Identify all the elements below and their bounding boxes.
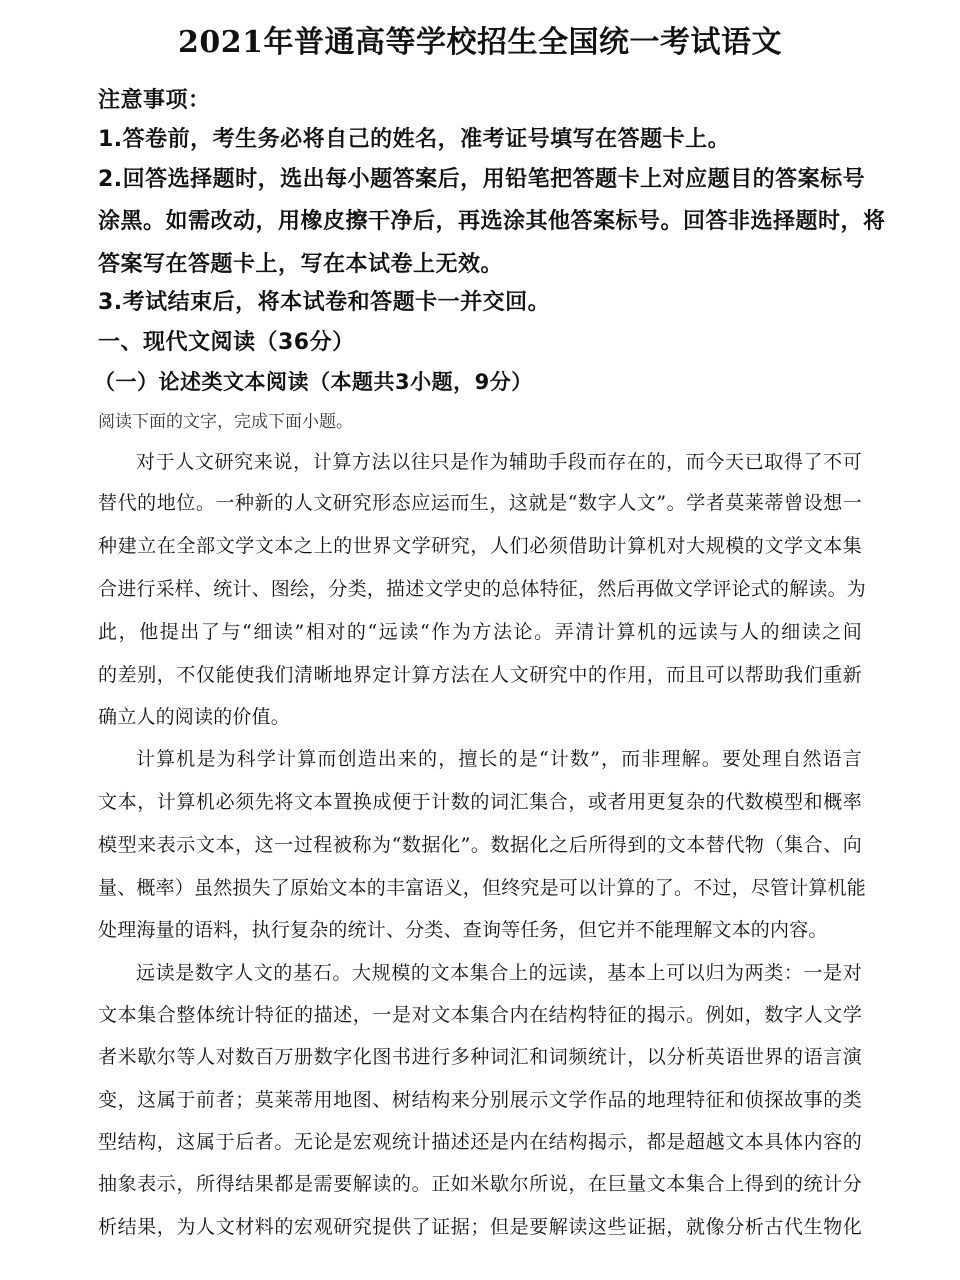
passage-line: 者米歇尔等人对数百万册数字化图书进行多种词汇和词频统计，以分析英语世界的语言演 xyxy=(98,1048,862,1067)
passage-line: 种建立在全部文学文本之上的世界文学研究，人们必须借助计算机对大规模的文学文本集 xyxy=(98,537,862,556)
passage-line: 型结构，这属于后者。无论是宏观统计描述还是内在结构揭示，都是超越文本具体内容的 xyxy=(98,1133,862,1152)
passage-line: 模型来表示文本，这一过程被称为“数据化”。数据化之后所得到的文本替代物（集合、向 xyxy=(98,836,862,855)
section-heading: 一、现代文阅读（36分） xyxy=(98,332,355,354)
passage-line: 析结果，为人文材料的宏观研究提供了证据；但是要解读这些证据，就像分析古代生物化 xyxy=(98,1218,862,1237)
subsection-heading: （一）论述类文本阅读（本题共3小题，9分） xyxy=(94,372,533,393)
reading-instruction: 阅读下面的文字，完成下面小题。 xyxy=(98,414,353,431)
notice-line: 1.答卷前，考生务必将自己的姓名，准考证号填写在答题卡上。 xyxy=(98,129,730,151)
passage-line: 文本，计算机必须先将文本置换成便于计数的词汇集合，或者用更复杂的代数模型和概率 xyxy=(98,793,862,812)
passage-line: 的差别，不仅能使我们清晰地界定计算方法在人文研究中的作用，而且可以帮助我们重新 xyxy=(98,666,862,685)
passage-line: 对于人文研究来说，计算方法以往只是作为辅助手段而存在的，而今天已取得了不可 xyxy=(136,453,862,472)
passage-line: 处理海量的语料，执行复杂的统计、分类、查询等任务，但它并不能理解文本的内容。 xyxy=(98,921,862,940)
passage-line: 文本集合整体统计特征的描述，一是对文本集合内在结构特征的揭示。例如，数字人文学 xyxy=(98,1006,862,1025)
notice-line: 答案写在答题卡上，写在本试卷上无效。 xyxy=(98,254,503,276)
notice-heading: 注意事项： xyxy=(98,90,211,112)
notice-line: 涂黑。如需改动，用橡皮擦干净后，再选涂其他答案标号。回答非选择题时，将 xyxy=(98,211,886,233)
notice-line: 2.回答选择题时，选出每小题答案后，用铅笔把答题卡上对应题目的答案标号 xyxy=(98,169,865,191)
passage-line: 此，他提出了与“细读”相对的“远读“作为方法论。弄清计算机的远读与人的细读之间 xyxy=(98,623,862,642)
passage-line: 量、概率）虽然损失了原始文本的丰富语义，但终究是可以计算的了。不过，尽管计算机能 xyxy=(98,879,862,898)
passage-line: 变，这属于前者；莫莱蒂用地图、树结构来分别展示文学作品的地理特征和侦探故事的类 xyxy=(98,1091,862,1110)
notice-line: 3.考试结束后，将本试卷和答题卡一并交回。 xyxy=(98,292,550,314)
passage-line: 抽象表示，所得结果都是需要解读的。正如米歇尔所说，在巨量文本集合上得到的统计分 xyxy=(98,1175,862,1194)
page-title: 2021年普通高等学校招生全国统一考试语文 xyxy=(0,28,960,58)
passage-line: 确立人的阅读的价值。 xyxy=(98,708,862,727)
passage-line: 替代的地位。一种新的人文研究形态应运而生，这就是“数字人文”。学者莫莱蒂曾设想一 xyxy=(98,494,862,513)
passage-line: 计算机是为科学计算而创造出来的，擅长的是“计数”，而非理解。要处理自然语言 xyxy=(136,750,862,769)
passage-line: 远读是数字人文的基石。大规模的文本集合上的远读，基本上可以归为两类：一是对 xyxy=(136,964,862,983)
passage-line: 合进行采样、统计、图绘，分类，描述文学史的总体特征，然后再做文学评论式的解读。为 xyxy=(98,580,862,599)
